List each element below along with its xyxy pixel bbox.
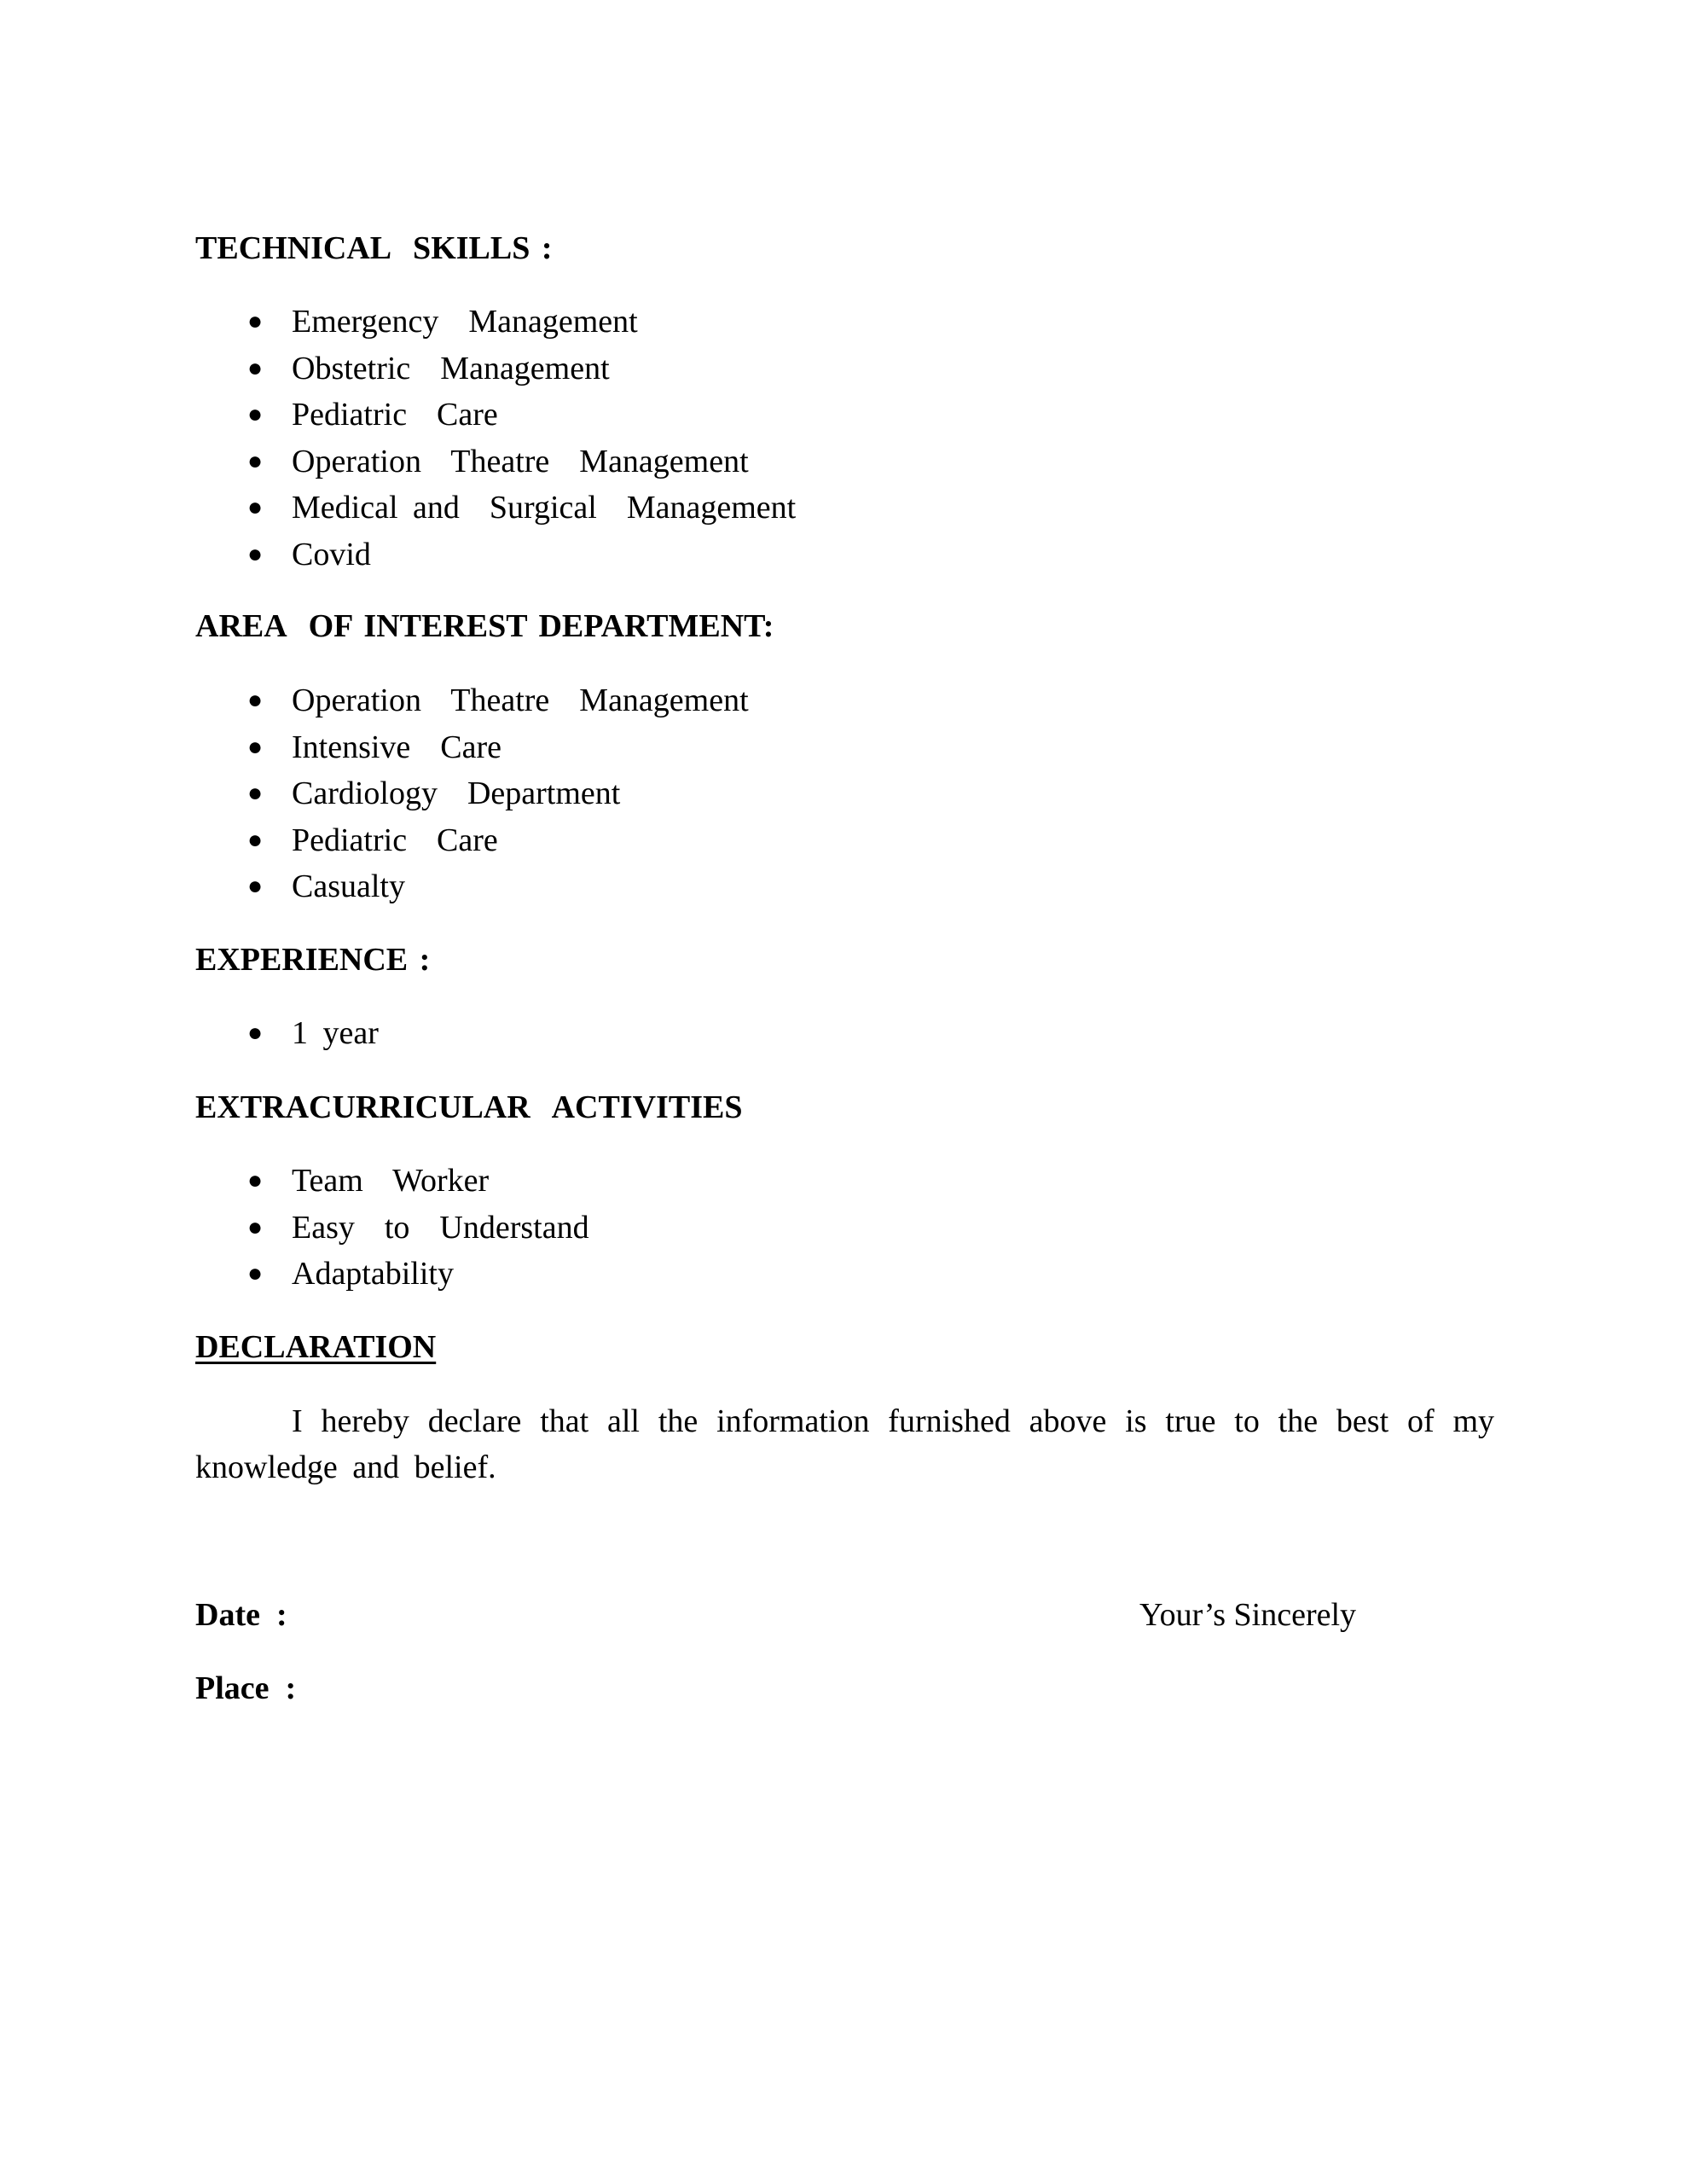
- list-item-text: Cardiology Department: [292, 770, 620, 817]
- list-item-text: Covid: [292, 531, 371, 578]
- bullet-icon: ●: [247, 1251, 263, 1298]
- list-item-text: Operation Theatre Management: [292, 677, 749, 724]
- list-item-text: Medical and Surgical Management: [292, 485, 796, 531]
- list-item-text: Team Worker: [292, 1158, 489, 1205]
- bullet-icon: ●: [247, 1158, 263, 1205]
- list-item-text: 1 year: [292, 1010, 379, 1057]
- bullet-icon: ●: [247, 392, 263, 439]
- place-label: Place :: [195, 1670, 296, 1707]
- closing-text: Your’s Sincerely: [1139, 1596, 1356, 1634]
- extracurricular-heading: EXTRACURRICULAR ACTIVITIES: [195, 1089, 742, 1126]
- declaration-heading: DECLARATION: [195, 1328, 436, 1366]
- area-of-interest-heading: AREA OF INTEREST DEPARTMENT:: [195, 607, 774, 645]
- bullet-icon: ●: [247, 1205, 263, 1252]
- bullet-icon: ●: [247, 817, 263, 864]
- bullet-icon: ●: [247, 863, 263, 910]
- list-item-text: Pediatric Care: [292, 817, 498, 864]
- bullet-icon: ●: [247, 1010, 263, 1057]
- bullet-icon: ●: [247, 677, 263, 724]
- bullet-icon: ●: [247, 299, 263, 346]
- list-item-text: Obstetric Management: [292, 346, 610, 392]
- bullet-icon: ●: [247, 770, 263, 817]
- list-item-text: Operation Theatre Management: [292, 439, 749, 485]
- experience-heading: EXPERIENCE :: [195, 941, 430, 979]
- bullet-icon: ●: [247, 485, 263, 531]
- bullet-icon: ●: [247, 439, 263, 485]
- list-item-text: Pediatric Care: [292, 392, 498, 439]
- list-item-text: Casualty: [292, 863, 405, 910]
- bullet-icon: ●: [247, 346, 263, 392]
- declaration-text: I hereby declare that all the informatio…: [195, 1398, 1494, 1490]
- list-item-text: Intensive Care: [292, 724, 501, 771]
- list-item-text: Easy to Understand: [292, 1205, 589, 1252]
- bullet-icon: ●: [247, 724, 263, 771]
- list-item-text: Adaptability: [292, 1251, 454, 1298]
- list-item-text: Emergency Management: [292, 299, 638, 346]
- date-label: Date :: [195, 1596, 287, 1634]
- technical-skills-heading: TECHNICAL SKILLS :: [195, 229, 553, 267]
- bullet-icon: ●: [247, 531, 263, 578]
